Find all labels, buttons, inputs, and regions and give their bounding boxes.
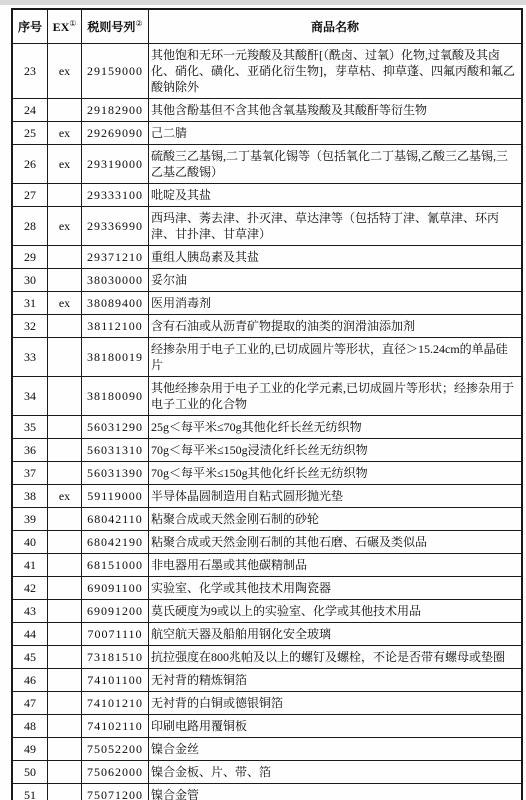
table-row: 28ex29336990西玛津、莠去津、扑灭津、草达津等（包括特丁津、氰草津、环… — [12, 207, 522, 246]
ex-flag-cell — [48, 738, 82, 761]
table-row: 2729333100吡啶及其盐 — [12, 184, 522, 207]
table-row: 3238112100含有石油或从沥青矿物提取的油类的润滑油添加剂 — [12, 315, 522, 338]
table-row: 25ex29269090己二腈 — [12, 122, 522, 145]
ex-flag-cell — [48, 761, 82, 784]
ex-flag-cell — [48, 531, 82, 554]
commodity-name-cell: 己二腈 — [149, 122, 523, 145]
commodity-name-cell: 西玛津、莠去津、扑灭津、草达津等（包括特丁津、氰草津、环丙津、甘扑津、甘草津） — [149, 207, 523, 246]
commodity-name-cell: 其他经掺杂用于电子工业的化学元素,已切成圆片等形状；经掺杂用于电子工业的化合物 — [149, 377, 523, 416]
tariff-code-cell: 38180090 — [82, 377, 149, 416]
serial-number-cell: 41 — [12, 554, 48, 577]
ex-flag-cell — [48, 315, 82, 338]
footnote-mark-1: ① — [69, 19, 76, 28]
ex-flag-cell: ex — [48, 292, 82, 315]
tariff-code-cell: 75062000 — [82, 761, 149, 784]
serial-number-cell: 33 — [12, 338, 48, 377]
ex-flag-cell — [48, 184, 82, 207]
ex-flag-cell — [48, 715, 82, 738]
tariff-code-cell: 74102110 — [82, 715, 149, 738]
commodity-name-cell: 吡啶及其盐 — [149, 184, 523, 207]
serial-number-cell: 36 — [12, 439, 48, 462]
commodity-name-cell: 含有石油或从沥青矿物提取的油类的润滑油添加剂 — [149, 315, 523, 338]
table-row: 5075062000镍合金板、片、带、箔 — [12, 761, 522, 784]
tariff-code-cell: 29371210 — [82, 246, 149, 269]
serial-number-cell: 25 — [12, 122, 48, 145]
serial-number-cell: 32 — [12, 315, 48, 338]
table-row: 4269091100实验室、化学或其他技术用陶瓷器 — [12, 577, 522, 600]
serial-number-cell: 34 — [12, 377, 48, 416]
tariff-code-cell: 38180019 — [82, 338, 149, 377]
commodity-name-cell: 其他含酚基但不含其他含氧基羧酸及其酸酐等衍生物 — [149, 99, 523, 122]
scanned-document-page: 序号 EX① 税则号列② 商品名称 23ex29159000其他饱和无环一元羧酸… — [0, 0, 526, 800]
ex-flag-cell — [48, 508, 82, 531]
tariff-code-cell: 29336990 — [82, 207, 149, 246]
tariff-code-cell: 56031290 — [82, 416, 149, 439]
commodity-name-cell: 无衬背的精炼铜箔 — [149, 669, 523, 692]
tariff-code-cell: 38112100 — [82, 315, 149, 338]
ex-flag-cell: ex — [48, 145, 82, 184]
tariff-code-cell: 74101210 — [82, 692, 149, 715]
commodity-name-cell: 重组人胰岛素及其盐 — [149, 246, 523, 269]
tariff-code-cell: 56031310 — [82, 439, 149, 462]
commodity-name-cell: 其他饱和无环一元羧酸及其酸酐[（酰卤、过氧）化物,过氧酸及其卤化、硝化、磺化、亚… — [149, 44, 523, 99]
serial-number-cell: 45 — [12, 646, 48, 669]
tariff-code-cell: 29269090 — [82, 122, 149, 145]
tariff-code-cell: 75071200 — [82, 784, 149, 800]
serial-number-cell: 44 — [12, 623, 48, 646]
commodity-name-cell: 硫酸三乙基锡,二丁基氧化锡等（包括氧化二丁基锡,乙酸三乙基锡,三乙基乙酸锡） — [149, 145, 523, 184]
table-row: 3968042110粘聚合成或天然金刚石制的砂轮 — [12, 508, 522, 531]
table-row: 4068042190粘聚合成或天然金刚石制的其他石磨、石碾及类似品 — [12, 531, 522, 554]
serial-number-cell: 42 — [12, 577, 48, 600]
tariff-code-cell: 29333100 — [82, 184, 149, 207]
commodity-name-cell: 半导体晶圆制造用自粘式圆形抛光垫 — [149, 485, 523, 508]
commodity-name-cell: 经掺杂用于电子工业的,已切成圆片等形状，直径＞15.24cm的单晶硅片 — [149, 338, 523, 377]
commodity-name-cell: 70g＜每平米≤150g其他化纤长丝无纺织物 — [149, 462, 523, 485]
serial-number-cell: 50 — [12, 761, 48, 784]
table-row: 3038030000妥尔油 — [12, 269, 522, 292]
tariff-code-cell: 38089400 — [82, 292, 149, 315]
table-row: 355603129025g＜每平米≤70g其他化纤长丝无纺织物 — [12, 416, 522, 439]
ex-flag-cell — [48, 577, 82, 600]
tariff-code-cell: 73181510 — [82, 646, 149, 669]
table-row: 4975052200镍合金丝 — [12, 738, 522, 761]
tariff-code-cell: 29159000 — [82, 44, 149, 99]
table-row: 3438180090其他经掺杂用于电子工业的化学元素,已切成圆片等形状；经掺杂用… — [12, 377, 522, 416]
table-row: 2429182900其他含酚基但不含其他含氧基羧酸及其酸酐等衍生物 — [12, 99, 522, 122]
ex-flag-cell — [48, 377, 82, 416]
commodity-name-cell: 无衬背的白铜或德银铜箔 — [149, 692, 523, 715]
tariff-code-cell: 29319000 — [82, 145, 149, 184]
serial-number-cell: 23 — [12, 44, 48, 99]
header-row: 序号 EX① 税则号列② 商品名称 — [12, 9, 522, 44]
tariff-code-cell: 69091200 — [82, 600, 149, 623]
tariff-code-cell: 38030000 — [82, 269, 149, 292]
table-row: 31ex38089400医用消毒剂 — [12, 292, 522, 315]
footnote-mark-2: ② — [135, 19, 142, 28]
commodity-name-cell: 70g＜每平米≤150g浸渍化纤长丝无纺织物 — [149, 439, 523, 462]
serial-number-cell: 38 — [12, 485, 48, 508]
ex-flag-cell — [48, 692, 82, 715]
tariff-code-cell: 68042190 — [82, 531, 149, 554]
ex-flag-cell: ex — [48, 122, 82, 145]
table-header: 序号 EX① 税则号列② 商品名称 — [12, 9, 522, 44]
serial-number-cell: 31 — [12, 292, 48, 315]
commodity-name-cell: 实验室、化学或其他技术用陶瓷器 — [149, 577, 523, 600]
ex-flag-cell — [48, 623, 82, 646]
tariff-code-cell: 69091100 — [82, 577, 149, 600]
serial-number-cell: 49 — [12, 738, 48, 761]
commodity-name-cell: 妥尔油 — [149, 269, 523, 292]
tariff-code-cell: 56031390 — [82, 462, 149, 485]
table-row: 375603139070g＜每平米≤150g其他化纤长丝无纺织物 — [12, 462, 522, 485]
serial-number-cell: 39 — [12, 508, 48, 531]
table-row: 365603131070g＜每平米≤150g浸渍化纤长丝无纺织物 — [12, 439, 522, 462]
commodity-name-cell: 印刷电路用覆铜板 — [149, 715, 523, 738]
table-row: 4369091200莫氏硬度为9或以上的实验室、化学或其他技术用品 — [12, 600, 522, 623]
serial-number-cell: 43 — [12, 600, 48, 623]
table-row: 38ex59119000半导体晶圆制造用自粘式圆形抛光垫 — [12, 485, 522, 508]
table-row: 4874102110印刷电路用覆铜板 — [12, 715, 522, 738]
commodity-name-cell: 粘聚合成或天然金刚石制的砂轮 — [149, 508, 523, 531]
header-label-serial: 序号 — [18, 20, 42, 34]
serial-number-cell: 29 — [12, 246, 48, 269]
tariff-code-cell: 59119000 — [82, 485, 149, 508]
ex-flag-cell — [48, 600, 82, 623]
ex-flag-cell — [48, 669, 82, 692]
table-row: 4470071110航空航天器及船舶用钢化安全玻璃 — [12, 623, 522, 646]
serial-number-cell: 28 — [12, 207, 48, 246]
ex-flag-cell — [48, 416, 82, 439]
ex-flag-cell — [48, 99, 82, 122]
ex-flag-cell: ex — [48, 485, 82, 508]
serial-number-cell: 37 — [12, 462, 48, 485]
ex-flag-cell — [48, 338, 82, 377]
tariff-code-cell: 74101100 — [82, 669, 149, 692]
scan-edge-strip — [0, 0, 526, 5]
commodity-name-cell: 莫氏硬度为9或以上的实验室、化学或其他技术用品 — [149, 600, 523, 623]
commodity-name-cell: 粘聚合成或天然金刚石制的其他石磨、石碾及类似品 — [149, 531, 523, 554]
commodity-name-cell: 25g＜每平米≤70g其他化纤长丝无纺织物 — [149, 416, 523, 439]
commodity-name-cell: 镍合金板、片、带、箔 — [149, 761, 523, 784]
header-label-ex: EX — [53, 20, 70, 34]
serial-number-cell: 51 — [12, 784, 48, 800]
ex-flag-cell — [48, 554, 82, 577]
tariff-code-cell: 70071110 — [82, 623, 149, 646]
commodity-name-cell: 镍合金管 — [149, 784, 523, 800]
serial-number-cell: 24 — [12, 99, 48, 122]
ex-flag-cell: ex — [48, 44, 82, 99]
serial-number-cell: 48 — [12, 715, 48, 738]
ex-flag-cell — [48, 784, 82, 800]
ex-flag-cell — [48, 246, 82, 269]
table-row: 3338180019经掺杂用于电子工业的,已切成圆片等形状，直径＞15.24cm… — [12, 338, 522, 377]
ex-flag-cell — [48, 646, 82, 669]
table-row: 5175071200镍合金管 — [12, 784, 522, 800]
table-row: 26ex29319000硫酸三乙基锡,二丁基氧化锡等（包括氧化二丁基锡,乙酸三乙… — [12, 145, 522, 184]
serial-number-cell: 47 — [12, 692, 48, 715]
commodity-name-cell: 医用消毒剂 — [149, 292, 523, 315]
table-row: 4774101210无衬背的白铜或德银铜箔 — [12, 692, 522, 715]
serial-number-cell: 35 — [12, 416, 48, 439]
ex-flag-cell: ex — [48, 207, 82, 246]
table-row: 4168151000非电器用石墨或其他碳精制品 — [12, 554, 522, 577]
commodity-name-cell: 镍合金丝 — [149, 738, 523, 761]
serial-number-cell: 30 — [12, 269, 48, 292]
commodity-name-cell: 航空航天器及船舶用钢化安全玻璃 — [149, 623, 523, 646]
ex-flag-cell — [48, 269, 82, 292]
serial-number-cell: 26 — [12, 145, 48, 184]
tariff-code-cell: 75052200 — [82, 738, 149, 761]
commodity-name-cell: 非电器用石墨或其他碳精制品 — [149, 554, 523, 577]
serial-number-cell: 40 — [12, 531, 48, 554]
tariff-code-cell: 68042110 — [82, 508, 149, 531]
serial-number-cell: 46 — [12, 669, 48, 692]
header-cell-tariff-code: 税则号列② — [82, 9, 149, 44]
header-cell-ex: EX① — [48, 9, 82, 44]
ex-flag-cell — [48, 439, 82, 462]
tariff-code-cell: 29182900 — [82, 99, 149, 122]
header-label-tariff-code: 税则号列 — [87, 20, 135, 34]
table-row: 23ex29159000其他饱和无环一元羧酸及其酸酐[（酰卤、过氧）化物,过氧酸… — [12, 44, 522, 99]
serial-number-cell: 27 — [12, 184, 48, 207]
table-body: 23ex29159000其他饱和无环一元羧酸及其酸酐[（酰卤、过氧）化物,过氧酸… — [12, 44, 522, 800]
table-row: 4573181510抗拉强度在800兆帕及以上的螺钉及螺栓，不论是否带有螺母或垫… — [12, 646, 522, 669]
tariff-code-cell: 68151000 — [82, 554, 149, 577]
table-row: 4674101100无衬背的精炼铜箔 — [12, 669, 522, 692]
tariff-goods-table: 序号 EX① 税则号列② 商品名称 23ex29159000其他饱和无环一元羧酸… — [11, 8, 523, 800]
header-label-commodity-name: 商品名称 — [311, 20, 359, 34]
commodity-name-cell: 抗拉强度在800兆帕及以上的螺钉及螺栓，不论是否带有螺母或垫圈 — [149, 646, 523, 669]
ex-flag-cell — [48, 462, 82, 485]
table-row: 2929371210重组人胰岛素及其盐 — [12, 246, 522, 269]
header-cell-serial-number: 序号 — [12, 9, 48, 44]
header-cell-commodity-name: 商品名称 — [149, 9, 523, 44]
